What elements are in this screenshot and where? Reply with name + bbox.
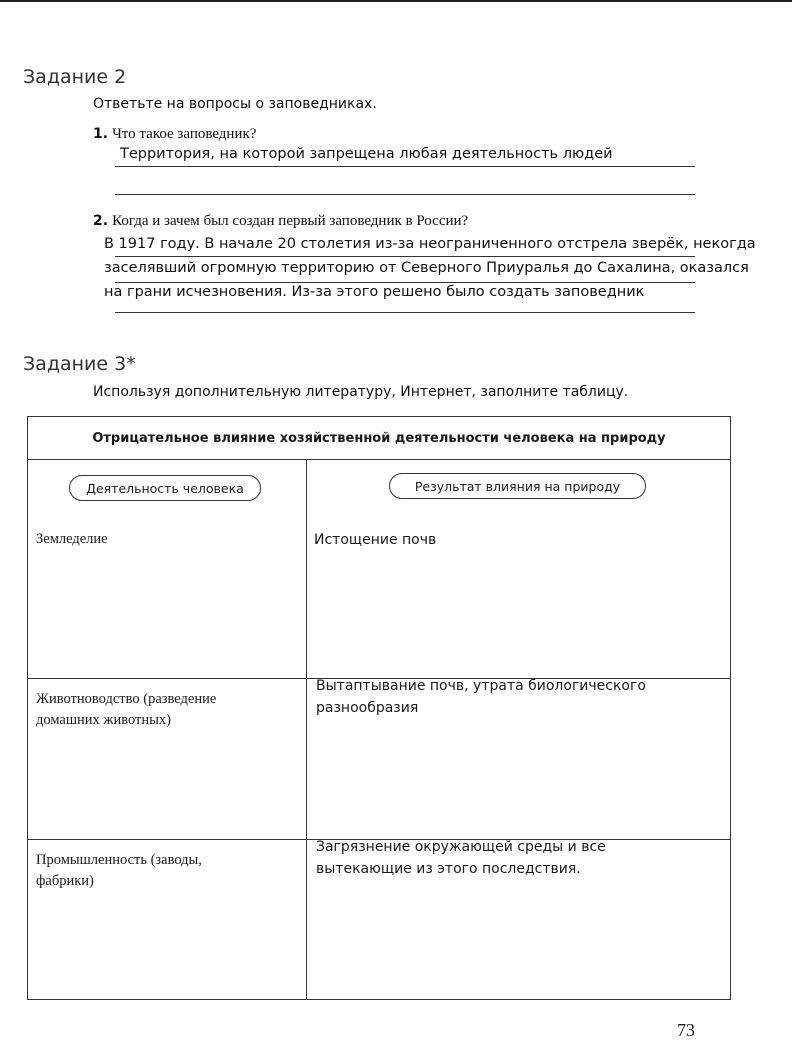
table-title: Отрицательное влияние хозяйственной деят… [28, 417, 730, 460]
question-1-number: 1. [93, 126, 108, 142]
impact-table: Отрицательное влияние хозяйственной деят… [27, 416, 731, 1000]
answer-2-line-3: на грани исчезновения. Из-за этого решен… [104, 284, 644, 300]
question-1: 1.Что такое заповедник? [93, 126, 256, 143]
row-2-result: Вытаптывание почв, утрата биологического… [316, 675, 646, 719]
question-2-number: 2. [93, 213, 108, 229]
row-3-activity: Промышленность (заводы, фабрики) [36, 850, 202, 892]
answer-2-line-2: заселявший огромную территорию от Северн… [104, 260, 749, 276]
question-2: 2.Когда и зачем был создан первый запове… [93, 213, 468, 230]
header-result: Результат влияния на природу [389, 473, 646, 499]
task-3-title: Задание 3* [23, 353, 136, 375]
question-1-text: Что такое заповедник? [112, 126, 256, 142]
question-2-text: Когда и зачем был создан первый заповедн… [112, 213, 468, 229]
answer-line [115, 166, 695, 167]
task-2-title: Задание 2 [23, 66, 126, 88]
row-1-result: Истощение почв [314, 529, 436, 551]
answer-line [115, 312, 695, 313]
answer-1-line-1: Территория, на которой запрещена любая д… [120, 146, 613, 162]
column-divider [306, 459, 307, 1000]
row-3-result: Загрязнение окружающей среды и все вытек… [316, 836, 606, 880]
task-3-instruction: Используя дополнительную литературу, Инт… [93, 384, 628, 400]
row-2-activity: Животноводство (разведение домашних живо… [36, 689, 216, 731]
answer-line [115, 282, 695, 283]
row-1-activity: Земледелие [36, 529, 108, 550]
page-number: 73 [677, 1020, 695, 1041]
header-activity: Деятельность человека [69, 475, 261, 501]
answer-line [115, 256, 695, 257]
page-top-rule [0, 0, 792, 2]
answer-2-line-1: В 1917 году. В начале 20 столетия из-за … [104, 236, 756, 252]
answer-line [115, 194, 695, 195]
task-2-instruction: Ответьте на вопросы о заповедниках. [93, 96, 377, 112]
